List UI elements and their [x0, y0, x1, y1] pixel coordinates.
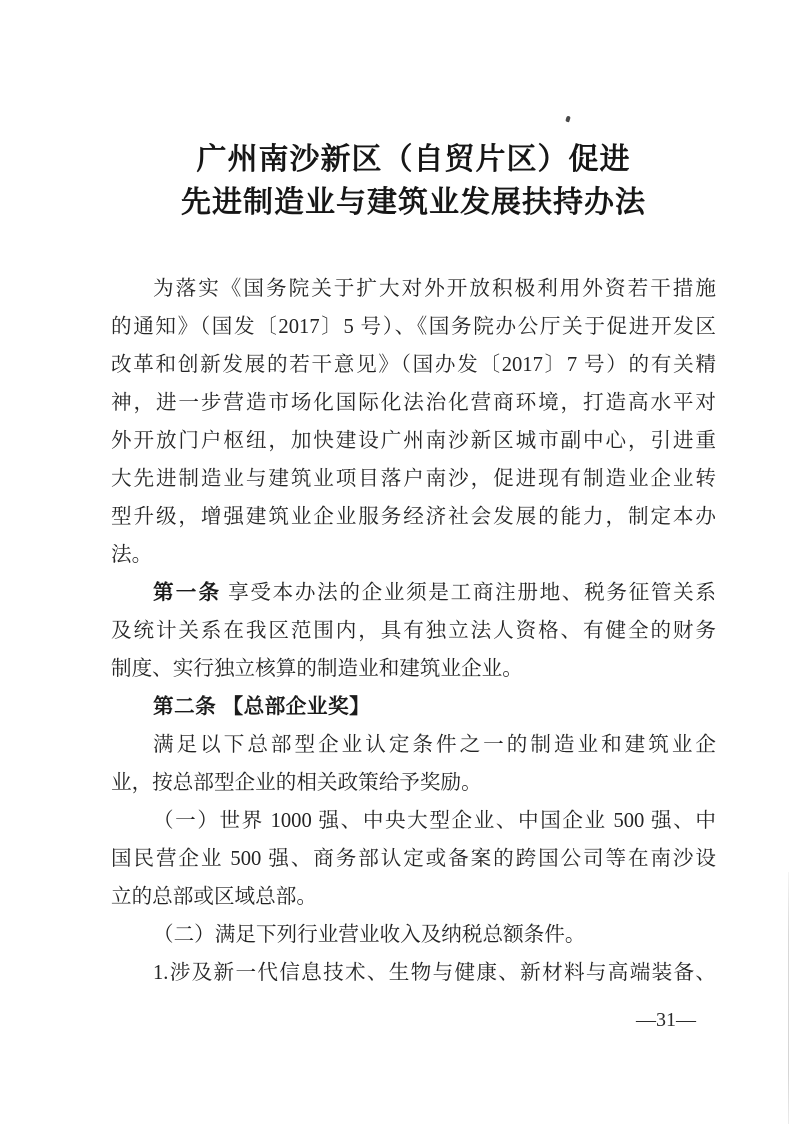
body-line: 制度、实行独立核算的制造业和建筑业企业。: [111, 650, 716, 688]
body-line: 神，进一步营造市场化国际化法治化营商环境，打造高水平对: [111, 384, 716, 422]
body-line: 满足以下总部型企业认定条件之一的制造业和建筑业企: [111, 726, 716, 764]
body-line: 大先进制造业与建筑业项目落户南沙，促进现有制造业企业转: [111, 460, 716, 498]
body-line: 法。: [111, 536, 716, 574]
page-number: —31—: [636, 1006, 696, 1034]
body-line-article-1: 第一条 享受本办法的企业须是工商注册地、税务征管关系: [111, 574, 716, 612]
document-page: 广州南沙新区（自贸片区）促进 先进制造业与建筑业发展扶持办法 为落实《国务院关于…: [0, 0, 800, 1131]
document-content: 广州南沙新区（自贸片区）促进 先进制造业与建筑业发展扶持办法 为落实《国务院关于…: [111, 0, 716, 992]
body-line-article-2-heading: 第二条 【总部企业奖】: [111, 688, 716, 726]
body-line: 业，按总部型企业的相关政策给予奖励。: [111, 764, 716, 802]
body-line: 为落实《国务院关于扩大对外开放积极利用外资若干措施: [111, 270, 716, 308]
body-line: 外开放门户枢纽，加快建设广州南沙新区城市副中心，引进重: [111, 422, 716, 460]
article-1-label: 第一条: [153, 581, 221, 604]
document-title: 广州南沙新区（自贸片区）促进 先进制造业与建筑业发展扶持办法: [111, 0, 716, 224]
article-1-text: 享受本办法的企业须是工商注册地、税务征管关系: [221, 582, 716, 604]
body-line: （一）世界 1000 强、中央大型企业、中国企业 500 强、中: [111, 802, 716, 840]
body-line: 国民营企业 500 强、商务部认定或备案的跨国公司等在南沙设: [111, 840, 716, 878]
document-body: 为落实《国务院关于扩大对外开放积极利用外资若干措施 的通知》（国发〔2017〕5…: [111, 270, 716, 992]
body-line: 改革和创新发展的若干意见》（国办发〔2017〕7 号）的有关精: [111, 346, 716, 384]
body-line: 型升级，增强建筑业企业服务经济社会发展的能力，制定本办: [111, 498, 716, 536]
scan-edge-line: [788, 872, 789, 1124]
document-title-line2: 先进制造业与建筑业发展扶持办法: [111, 181, 716, 224]
body-line: （二）满足下列行业营业收入及纳税总额条件。: [111, 916, 716, 954]
body-line: 立的总部或区域总部。: [111, 878, 716, 916]
body-line: 1.涉及新一代信息技术、生物与健康、新材料与高端装备、: [111, 954, 716, 992]
body-line: 及统计关系在我区范围内，具有独立法人资格、有健全的财务: [111, 612, 716, 650]
document-title-line1: 广州南沙新区（自贸片区）促进: [111, 138, 716, 181]
body-line: 的通知》（国发〔2017〕5 号）、《国务院办公厅关于促进开发区: [111, 308, 716, 346]
